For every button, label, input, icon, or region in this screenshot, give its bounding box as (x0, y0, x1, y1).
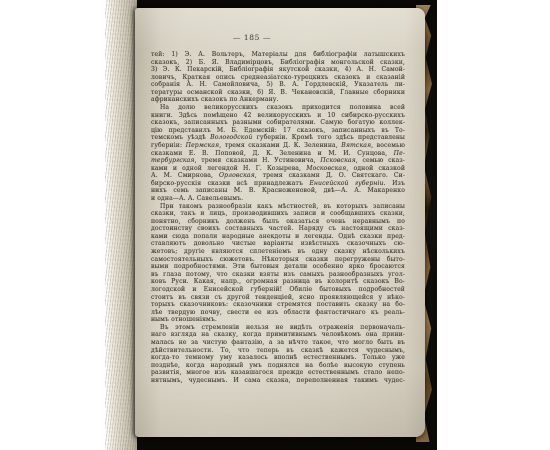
text-line: дѣйствительности. То, что теперь въ сказ… (151, 347, 405, 355)
text-line: нымъ отношеніямъ. (151, 316, 405, 324)
text-line: когда-то темному уму казалось вполнѣ ест… (151, 354, 405, 362)
text-line: На долю великорусскихъ сказокъ приходитс… (151, 104, 405, 112)
text-line: губерніи: Пермская, тремя сказками Д. К.… (151, 142, 405, 150)
text-line: ставляютъ довольно чистые варіанты извѣс… (151, 240, 405, 248)
text-line: понятно, сборникъ долженъ былъ оказаться… (151, 218, 405, 226)
text-line: нихъ семь записаны М. В. Красноженовой, … (151, 187, 405, 195)
text-line: жетовъ; другіе являются сплетеніемъ въ о… (151, 248, 405, 256)
text-line: сказками Е. В. Поповой, Д. К. Зеленина и… (151, 150, 405, 158)
text-line: 3) Э. К. Пекарскій, Библіографія якутско… (151, 66, 405, 74)
text-line: малась не за чистую фантазію, а за нѣчто… (151, 339, 405, 347)
page-number: — 185 — (152, 33, 352, 42)
text-line: достоинству своихъ составныхъ частей. На… (151, 225, 405, 233)
text-line: и одна—А. А. Савельевымъ. (151, 195, 405, 203)
text-line: собранія А. Н. Самойловича, 5) В. А. Гор… (151, 81, 405, 89)
text-line: позднѣе, когда народный умъ поднялся на … (151, 362, 405, 370)
text-line: тербургская, тремя сказками Н. Устинович… (151, 157, 405, 165)
text-line: наго взгляда на сказку, когда примитивны… (151, 331, 405, 339)
text-line: выми подробностями. Эти бытовыя детали о… (151, 263, 405, 271)
book-fore-edge (105, 0, 137, 450)
text-line: логодской и Енисейской губерній! Обиліе … (151, 286, 405, 294)
page-text: тей: 1) Э. А. Вольтеръ, Матеріалы для би… (151, 51, 405, 384)
text-line: африканскихъ сказокъ по Анкерману. (151, 96, 405, 104)
text-line: ками и одной легендой Н. Г. Козырева, Мо… (151, 165, 405, 173)
book-page: — 185 — тей: 1) Э. А. Вольтеръ, Матеріал… (135, 8, 425, 437)
text-line: ковъ Руси. Какая, напр., огромная разниц… (151, 278, 405, 286)
text-line: тей: 1) Э. А. Вольтеръ, Матеріалы для би… (151, 51, 405, 59)
text-line: сказки, такъ и лицъ, производившихъ запи… (151, 210, 405, 218)
text-line: темскомъ уѣздѣ Вологодской губерніи. Кро… (151, 134, 405, 142)
text-line: А. М. Смирнова, Орловская, тремя сказкам… (151, 172, 405, 180)
screenshot-background: { "colors": { "paper": "#dad5c6", "ink":… (0, 0, 550, 450)
book-photo: — 185 — тей: 1) Э. А. Вольтеръ, Матеріал… (105, 0, 437, 450)
text-line: лѣе твердую почву, свести ее изъ области… (151, 309, 405, 317)
text-line: торыхъ сказочниковъ: сказочники стремятс… (151, 301, 405, 309)
text-line: сказокъ, записанныхъ разными собирателям… (151, 119, 405, 127)
text-line: стоитъ въ связи съ другой тенденціей, яс… (151, 294, 405, 302)
text-line: При такомъ разнообразіи какъ мѣстностей,… (151, 203, 405, 211)
text-line: нятнымъ, чудеснымъ. И сама сказка, переп… (151, 377, 405, 385)
text-line: развитія, многое изъ казавшагося прежде … (151, 369, 405, 377)
